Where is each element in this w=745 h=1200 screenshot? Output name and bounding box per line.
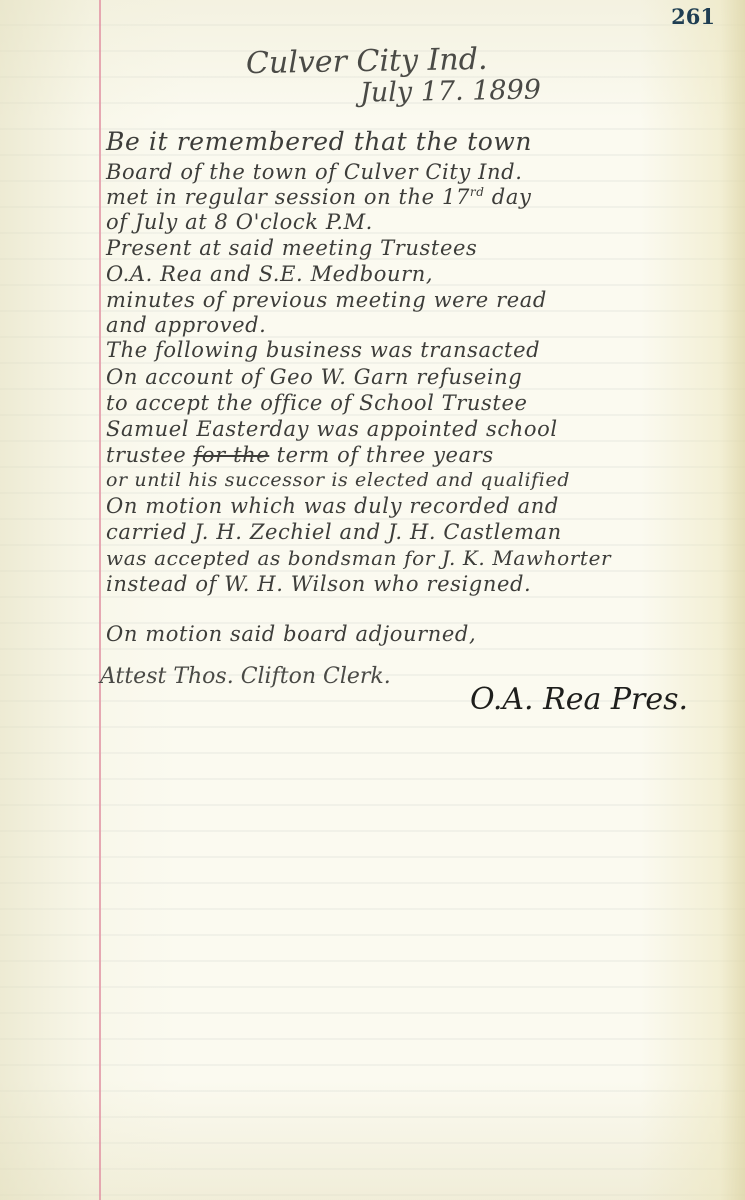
page-number: 261 — [671, 4, 715, 29]
red-margin-rule — [99, 0, 101, 1200]
body-line: of July at 8 O'clock P.M. — [106, 210, 373, 234]
president-signature: O.A. Rea Pres. — [470, 682, 688, 717]
body-line: met in regular session on the 17rd day — [106, 185, 531, 209]
session-text: met in regular session on the 17 — [106, 185, 470, 209]
body-line: On motion which was duly recorded and — [106, 494, 559, 518]
ordinal-suffix: rd — [470, 185, 485, 199]
term-text: term of three years — [277, 443, 494, 467]
body-line: was accepted as bondsman for J. K. Mawho… — [106, 546, 611, 570]
body-line: On account of Geo W. Garn refuseing — [106, 365, 522, 389]
body-line: instead of W. H. Wilson who resigned. — [106, 572, 531, 596]
body-line: to accept the office of School Trustee — [106, 391, 528, 415]
body-line: O.A. Rea and S.E. Medbourn, — [106, 262, 433, 286]
body-line: Be it remembered that the town — [106, 127, 532, 156]
trustee-word: trustee — [106, 443, 186, 467]
body-line: and approved. — [106, 313, 266, 337]
heading-date: July 17. 1899 — [360, 74, 541, 108]
ledger-page: 261 Culver City Ind. July 17. 1899 Be it… — [0, 0, 745, 1200]
body-line: Board of the town of Culver City Ind. — [106, 160, 522, 184]
clerk-attestation: Attest Thos. Clifton Clerk. — [100, 664, 391, 689]
body-line: carried J. H. Zechiel and J. H. Castlema… — [106, 520, 562, 544]
adjournment-line: On motion said board adjourned, — [106, 622, 476, 646]
day-word: day — [485, 185, 532, 209]
body-line: trustee for the term of three years — [106, 443, 494, 467]
body-line: or until his successor is elected and qu… — [106, 469, 570, 491]
body-line: The following business was transacted — [106, 338, 540, 362]
struck-out-text: for the — [194, 443, 270, 467]
body-line: Samuel Easterday was appointed school — [106, 417, 558, 441]
body-line: minutes of previous meeting were read — [106, 288, 547, 312]
body-line: Present at said meeting Trustees — [106, 236, 477, 260]
